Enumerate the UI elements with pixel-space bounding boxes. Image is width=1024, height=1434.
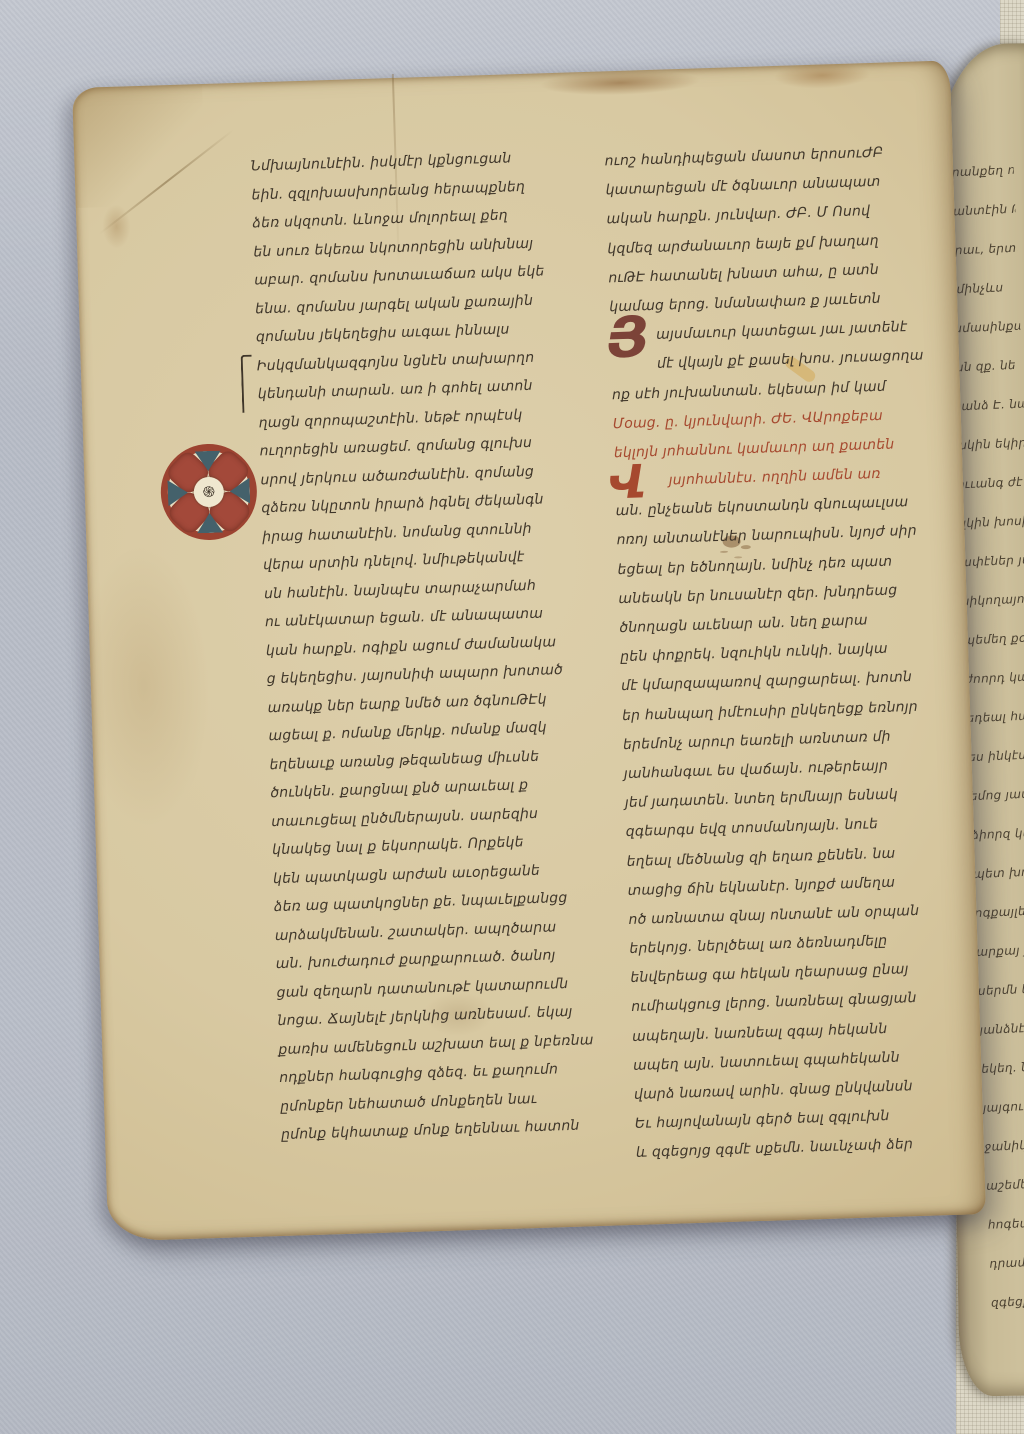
rosette-medallion: ֍	[159, 442, 258, 541]
stain-top-left-corner	[72, 84, 206, 208]
large-initial-yi: Յ	[605, 310, 650, 367]
stain-left-margin	[102, 204, 131, 249]
edge-text-fragment: եկեղ. նաւ	[974, 1047, 1024, 1089]
paragraph-bracket	[241, 355, 254, 413]
edge-text-fragment: աշեմեղս	[979, 1164, 1024, 1206]
large-initial-vev-red: Վ	[608, 458, 646, 505]
stain-water-left	[75, 544, 214, 828]
stain-top-right	[774, 61, 871, 90]
text-column-right: Յ Վ ուոշ հանդիպեցան մասոտ երոսուԺԲկատարե…	[604, 137, 982, 1169]
crease-corner-line	[98, 129, 234, 235]
edge-text-fragment: դրամս կին	[983, 1242, 1024, 1284]
edge-text-fragment: հոգեմ դրա	[981, 1203, 1024, 1245]
photo-backdrop: գրանքեղ ոքեզկանտէին Թերաւ, երտազմինչևսամ…	[0, 0, 1024, 1434]
edge-text-fragment: ջանիկ հոգ	[978, 1125, 1024, 1167]
text-column-left: Նմխայնունէին. իսկմէր կքնցուցանեին. զզլոխ…	[250, 142, 623, 1150]
edge-text-fragment: յայգոււմն	[976, 1086, 1024, 1128]
stain-top-edge	[540, 68, 701, 97]
edge-text-fragment: զգեցքե ան	[984, 1281, 1024, 1323]
manuscript-page: ֍ Նմխայնունէին. իսկմէր կքնցուցանեին. զզլ…	[72, 60, 986, 1241]
